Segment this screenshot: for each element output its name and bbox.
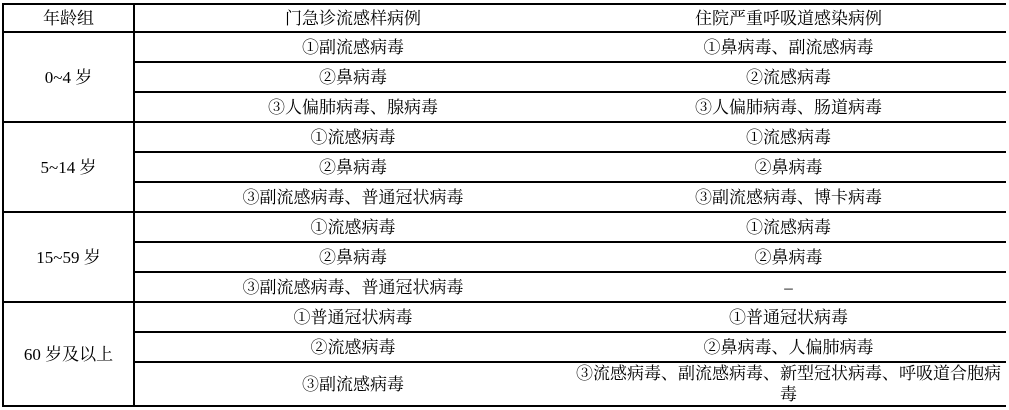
hospitalized-cell: ③流感病毒、副流感病毒、新型冠状病毒、呼吸道合胞病毒 — [571, 362, 1006, 406]
hospitalized-cell: ①流感病毒 — [571, 212, 1006, 242]
table-row: 15~59 岁 ①流感病毒 ①流感病毒 — [3, 212, 1006, 242]
table-row: 5~14 岁 ①流感病毒 ①流感病毒 — [3, 122, 1006, 152]
header-age-group: 年龄组 — [3, 4, 134, 32]
table-row: ③人偏肺病毒、腺病毒 ③人偏肺病毒、肠道病毒 — [3, 92, 1006, 122]
surveillance-table: 年龄组 门急诊流感样病例 住院严重呼吸道感染病例 0~4 岁 ①副流感病毒 ①鼻… — [2, 3, 1006, 407]
table-row: 0~4 岁 ①副流感病毒 ①鼻病毒、副流感病毒 — [3, 32, 1006, 62]
outpatient-cell: ②流感病毒 — [134, 332, 571, 362]
outpatient-cell: ①流感病毒 — [134, 122, 571, 152]
outpatient-cell: ①副流感病毒 — [134, 32, 571, 62]
outpatient-cell: ②鼻病毒 — [134, 152, 571, 182]
table-row: ③副流感病毒、普通冠状病毒 – — [3, 272, 1006, 302]
table-row: ②鼻病毒 ②流感病毒 — [3, 62, 1006, 92]
hospitalized-cell: ①鼻病毒、副流感病毒 — [571, 32, 1006, 62]
table-row: ③副流感病毒、普通冠状病毒 ③副流感病毒、博卡病毒 — [3, 182, 1006, 212]
hospitalized-cell: ①普通冠状病毒 — [571, 302, 1006, 332]
hospitalized-cell: ②鼻病毒、人偏肺病毒 — [571, 332, 1006, 362]
hospitalized-cell: ③副流感病毒、博卡病毒 — [571, 182, 1006, 212]
table-row: ②鼻病毒 ②鼻病毒 — [3, 242, 1006, 272]
header-outpatient: 门急诊流感样病例 — [134, 4, 571, 32]
age-group-cell: 15~59 岁 — [3, 212, 134, 302]
outpatient-cell: ③副流感病毒、普通冠状病毒 — [134, 182, 571, 212]
table-header-row: 年龄组 门急诊流感样病例 住院严重呼吸道感染病例 — [3, 4, 1006, 32]
age-group-cell: 0~4 岁 — [3, 32, 134, 122]
age-group-cell: 60 岁及以上 — [3, 302, 134, 406]
table-row: ③副流感病毒 ③流感病毒、副流感病毒、新型冠状病毒、呼吸道合胞病毒 — [3, 362, 1006, 406]
outpatient-cell: ②鼻病毒 — [134, 242, 571, 272]
outpatient-cell: ③人偏肺病毒、腺病毒 — [134, 92, 571, 122]
table-row: ②流感病毒 ②鼻病毒、人偏肺病毒 — [3, 332, 1006, 362]
outpatient-cell: ③副流感病毒 — [134, 362, 571, 406]
hospitalized-cell: ②鼻病毒 — [571, 152, 1006, 182]
table-row: 60 岁及以上 ①普通冠状病毒 ①普通冠状病毒 — [3, 302, 1006, 332]
hospitalized-cell: – — [571, 272, 1006, 302]
outpatient-cell: ②鼻病毒 — [134, 62, 571, 92]
table-row: ②鼻病毒 ②鼻病毒 — [3, 152, 1006, 182]
hospitalized-cell: ②流感病毒 — [571, 62, 1006, 92]
outpatient-cell: ③副流感病毒、普通冠状病毒 — [134, 272, 571, 302]
hospitalized-cell: ①流感病毒 — [571, 122, 1006, 152]
hospitalized-cell: ②鼻病毒 — [571, 242, 1006, 272]
age-group-cell: 5~14 岁 — [3, 122, 134, 212]
header-hospitalized: 住院严重呼吸道感染病例 — [571, 4, 1006, 32]
hospitalized-cell: ③人偏肺病毒、肠道病毒 — [571, 92, 1006, 122]
outpatient-cell: ①流感病毒 — [134, 212, 571, 242]
outpatient-cell: ①普通冠状病毒 — [134, 302, 571, 332]
